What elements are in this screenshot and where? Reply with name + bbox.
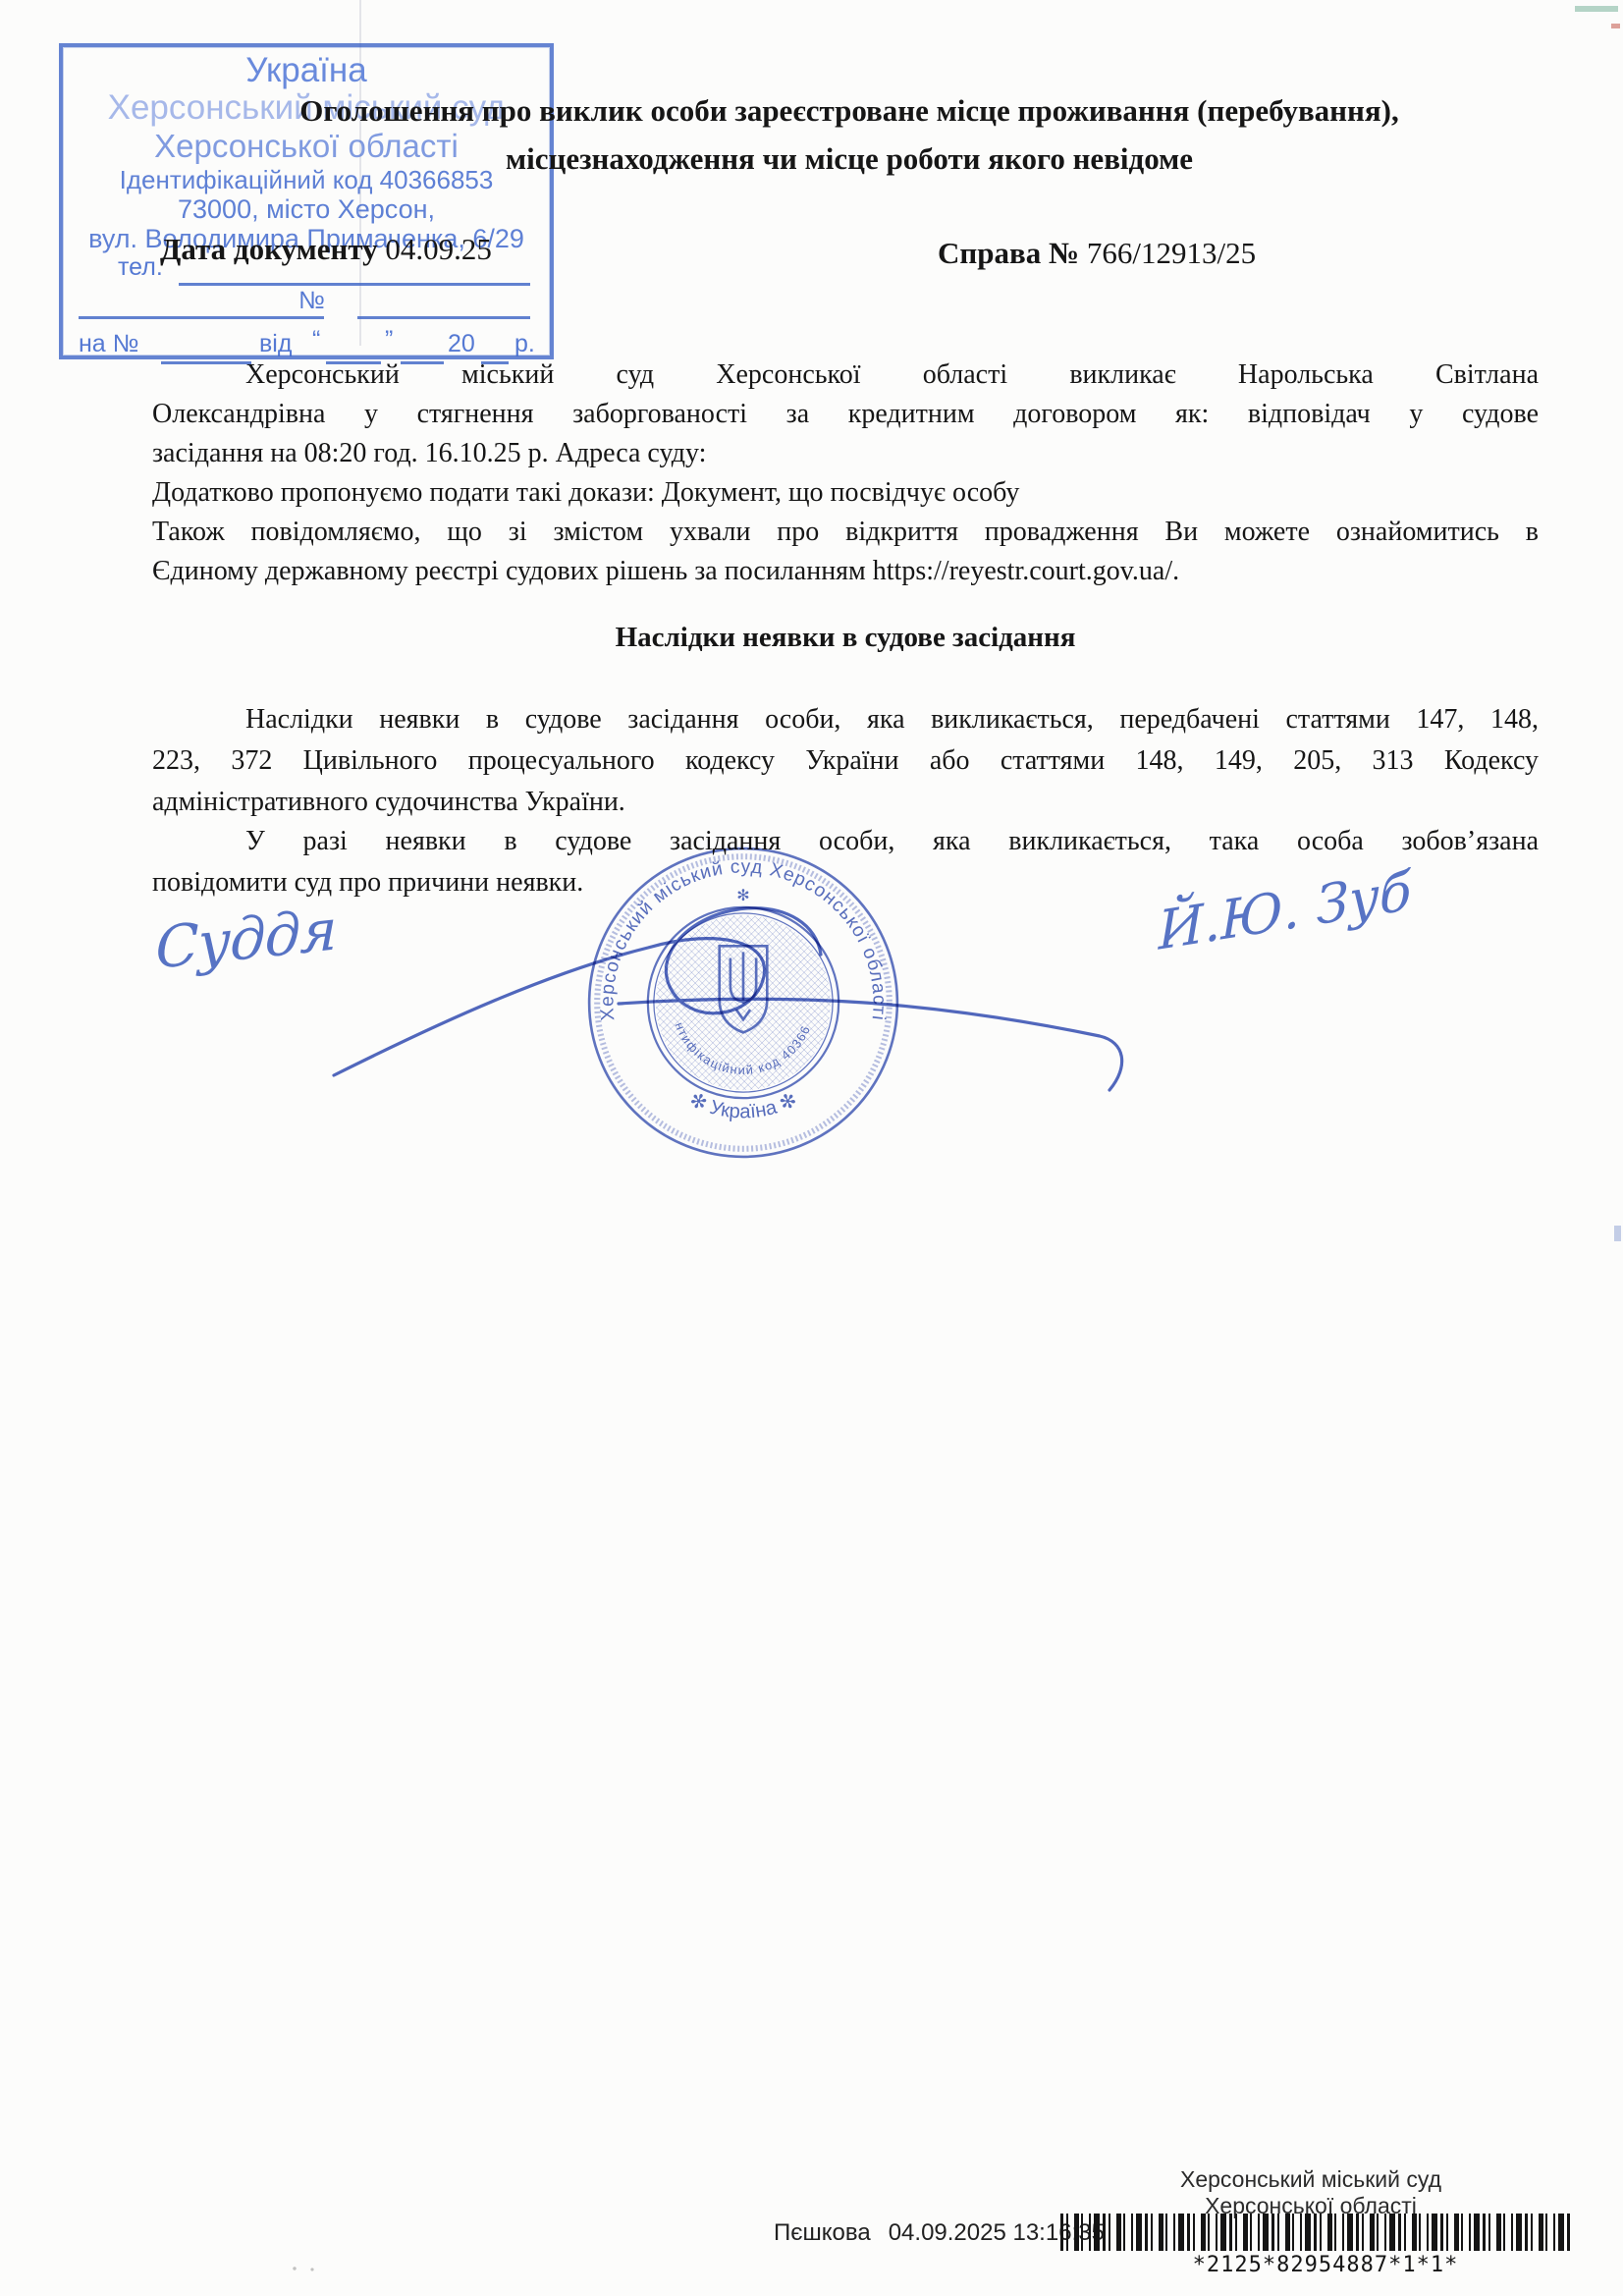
body-line: Єдиному державному реєстрі судових рішен… — [152, 552, 1539, 591]
stamp-tel-label: тел. — [118, 253, 163, 282]
case-value: 766/12913/25 — [1087, 236, 1256, 270]
date-label: Дата документу — [160, 232, 378, 266]
stamp-country: Україна — [63, 51, 550, 90]
stamp-form-line — [79, 316, 324, 319]
body-line: Олександрівна у стягнення заборгованості… — [152, 395, 1539, 434]
stamp-na-no-label: на № — [79, 330, 138, 358]
document-date-line: Дата документу 04.09.25 — [160, 232, 492, 267]
document-title-line1: Оголошення про виклик особи зареєстрован… — [157, 86, 1542, 135]
judge-handwritten-label: Суддя — [156, 896, 337, 982]
date-value: 04.09.25 — [385, 232, 492, 266]
body-line: адміністративного судочинства України. — [152, 782, 1539, 823]
operator-name: Пєшкова — [774, 2219, 871, 2246]
body-line: Додатково пропонуємо подати такі докази:… — [152, 473, 1539, 513]
document-title: Оголошення про виклик особи зареєстрован… — [157, 86, 1542, 183]
summons-paragraphs: Херсонський міський суд Херсонської обла… — [152, 355, 1539, 591]
stamp-quote-open: “ — [312, 326, 320, 355]
stamp-no-label: № — [298, 287, 325, 315]
stamp-city: 73000, місто Херсон, — [63, 194, 550, 225]
body-line: засідання на 08:20 год. 16.10.25 р. Адре… — [152, 434, 1539, 473]
case-label: Справа № — [938, 236, 1079, 270]
case-number-line: Справа № 766/12913/25 — [938, 236, 1256, 271]
stamp-r-label: р. — [514, 330, 535, 358]
barcode-text: *2125*82954887*1*1* — [1149, 2253, 1502, 2277]
footer-operator-line: Пєшкова04.09.2025 13:16:35 — [774, 2219, 1105, 2247]
scan-artifact — [1614, 1226, 1621, 1241]
stamp-form-line — [357, 316, 530, 319]
body-line: Херсонський міський суд Херсонської обла… — [152, 355, 1539, 395]
body-line: 223, 372 Цивільного процесуального кодек… — [152, 740, 1539, 782]
scan-artifact — [1611, 24, 1620, 28]
body-line: Наслідки неявки в судове засідання особи… — [152, 699, 1539, 740]
document-page: Україна Херсонський міський суд Херсонсь… — [0, 0, 1623, 2296]
body-line: Також повідомляємо, що зі змістом ухвали… — [152, 513, 1539, 552]
scan-artifact — [291, 2265, 320, 2272]
footer-court-name: Херсонський міський суд Херсонської обла… — [1137, 2166, 1485, 2219]
document-title-line2: місцезнаходження чи місце роботи якого н… — [157, 135, 1542, 183]
stamp-quote-close: ” — [385, 326, 393, 355]
section-heading: Наслідки неявки в судове засідання — [152, 622, 1539, 654]
footer-court-line1: Херсонський міський суд — [1137, 2166, 1485, 2193]
stamp-form-line — [179, 283, 530, 286]
pen-stroke-signature — [324, 854, 1159, 1149]
scan-artifact — [1575, 6, 1618, 12]
barcode — [1060, 2214, 1573, 2251]
stamp-vid-label: від — [259, 330, 292, 358]
stamp-year-label: 20 — [448, 330, 475, 358]
consequences-paragraph: Наслідки неявки в судове засідання особи… — [152, 699, 1539, 823]
